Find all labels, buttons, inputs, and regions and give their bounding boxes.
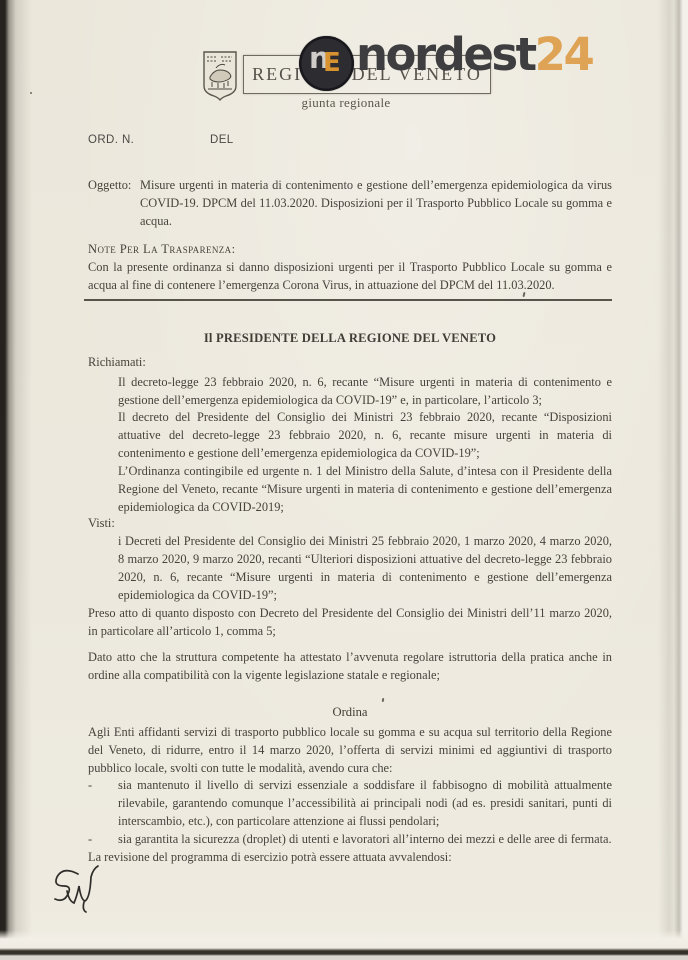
scan-speck xyxy=(30,92,32,94)
transparency-text: Con la presente ordinanza si danno dispo… xyxy=(88,258,612,294)
subject-block: Oggetto: Misure urgenti in materia di co… xyxy=(88,176,612,230)
richiamati-item: Il decreto-legge 23 febbraio 2020, n. 6,… xyxy=(118,373,612,409)
scan-edge-bottom xyxy=(0,930,688,960)
giunta-regionale-label: giunta regionale xyxy=(246,95,446,111)
wordmark-name: nordest xyxy=(356,28,535,81)
transparency-label: Note Per La Trasparenza: xyxy=(88,240,612,258)
wordmark-accent: 24 xyxy=(535,28,593,81)
veneto-crest-icon xyxy=(202,50,238,102)
scanned-ordinance-page: REGIONE DEL VENETO giunta regionale n E … xyxy=(0,0,688,960)
logo-monogram-e: E xyxy=(323,48,341,78)
subject-label: Oggetto: xyxy=(88,176,140,230)
richiamati-label: Richiamati: xyxy=(88,353,612,371)
bullet-dash: - xyxy=(88,776,118,830)
ordina-intro-paragraph: Agli Enti affidanti servizi di trasporto… xyxy=(88,723,612,777)
horizontal-rule xyxy=(84,299,612,301)
president-heading: Il PRESIDENTE DELLA REGIONE DEL VENETO xyxy=(88,329,612,347)
dato-atto-paragraph: Dato atto che la struttura competente ha… xyxy=(88,648,612,684)
handwritten-initials xyxy=(48,862,100,920)
subject-text: Misure urgenti in materia di conteniment… xyxy=(140,176,612,230)
scan-speck xyxy=(522,292,525,297)
del-label: DEL xyxy=(210,131,234,149)
ord-n-label: ORD. N. xyxy=(88,134,134,146)
order-bullet: - sia garantita la sicurezza (droplet) d… xyxy=(88,830,612,848)
richiamati-item: L’Ordinanza contingibile ed urgente n. 1… xyxy=(118,462,612,516)
visti-item: i Decreti del Presidente del Consiglio d… xyxy=(118,532,612,604)
order-bullet: - sia mantenuto il livello di servizi es… xyxy=(88,776,612,830)
bullet-text: sia garantita la sicurezza (droplet) di … xyxy=(118,830,612,848)
preso-atto-paragraph: Preso atto di quanto disposto con Decret… xyxy=(88,604,612,640)
scan-speck xyxy=(382,698,385,702)
ordinance-number-row: ORD. N. DEL xyxy=(88,131,612,149)
closing-paragraph: La revisione del programma di esercizio … xyxy=(88,848,612,866)
richiamati-item: Il decreto del Presidente del Consiglio … xyxy=(118,408,612,462)
nordest24-wordmark: nordest24 xyxy=(356,32,592,78)
scan-edge-left xyxy=(0,0,32,960)
bullet-text: sia mantenuto il livello di servizi esse… xyxy=(118,776,612,830)
scan-edge-right xyxy=(658,0,688,960)
visti-label: Visti: xyxy=(88,514,612,532)
ordina-heading: Ordina xyxy=(88,703,612,721)
bullet-dash: - xyxy=(88,830,118,848)
nordest24-logo-icon: n E xyxy=(299,36,354,91)
